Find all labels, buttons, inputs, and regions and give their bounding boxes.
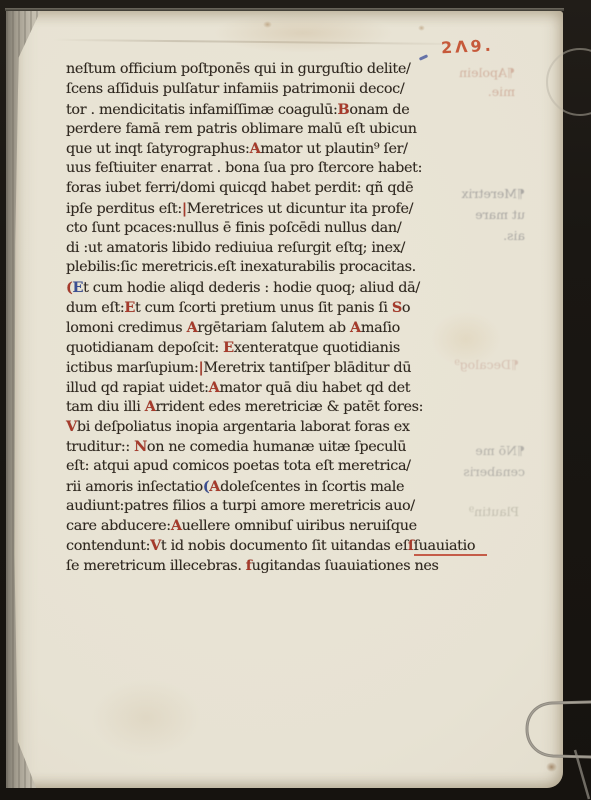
text-segment: rii amoris inſectatio <box>66 479 203 495</box>
text-segment: care abducere: <box>66 518 171 534</box>
text-line: que ut inqt ſatyrographus:Amator ut plau… <box>66 139 452 159</box>
text-segment: neſtum officium poſtponēs qui in gurguſt… <box>66 61 411 77</box>
wire-clip-leg-icon <box>575 750 589 799</box>
text-segment: mator quā diu habet qd det <box>219 380 410 396</box>
text-segment: ſuauiatio <box>414 538 488 556</box>
text-line: (Et cum hodie aliqd dederis : hodie quoq… <box>66 278 452 298</box>
stain-spot <box>546 762 557 772</box>
text-segment: xenteratque quotidianis <box>234 340 400 356</box>
text-segment: t cum ſcorti pretium unus ſit panis ſi <box>135 300 392 316</box>
text-line: rii amoris inſectatio(Adoleſcentes in ſc… <box>66 477 452 497</box>
text-segment: audiunt:patres filios a turpi amore mere… <box>66 498 415 514</box>
text-segment: E <box>124 299 135 316</box>
bleedthrough-note: ¶Nō mecenaberis <box>421 440 525 482</box>
text-line: perdere famā rem patris oblimare malū eſ… <box>66 120 452 140</box>
text-line: foras iubet ferri/domi quicqd habet perd… <box>66 179 452 199</box>
text-line: plebilis:ſic meretricis.eſt inexaturabil… <box>66 258 452 278</box>
text-segment: Meretrix tantiſper blāditur dū <box>203 360 411 376</box>
bleedthrough-line: Plautin⁹ <box>433 501 519 522</box>
text-line: eſt: atqui apud comicos poetas tota eſt … <box>66 457 452 477</box>
text-segment: B <box>338 101 350 118</box>
text-segment: foras iubet ferri/domi quicqd habet perd… <box>66 180 413 196</box>
text-segment: ugitandas ſuauiationes nes <box>252 558 439 574</box>
text-segment: plebilis:ſic meretricis.eſt inexaturabil… <box>66 259 416 275</box>
text-line: care abducere:Auellere omnibuſ uiribus n… <box>66 516 452 536</box>
text-segment: di :ut amatoris libido rediuiua reſurgit… <box>66 240 405 256</box>
bleedthrough-line: ¶Apolein <box>437 63 515 82</box>
text-segment: uus feſtiuiter enarrat . bona ſua pro ſt… <box>66 160 422 176</box>
text-line: quotidianam depoſcit: Exenteratque quoti… <box>66 338 452 358</box>
text-line: ipſe perditus eſt:|Meretrices ut dicuntu… <box>66 199 452 219</box>
text-segment: truditur:: <box>66 439 134 455</box>
text-segment: Meretrices ut dicuntur ita profe/ <box>187 201 413 217</box>
text-segment: ſcens aſſiduis pulſatur infamiis patrimo… <box>66 81 404 97</box>
text-line: dum eſt:Et cum ſcorti pretium unus ſit p… <box>66 298 452 318</box>
text-segment: onam de <box>349 102 409 118</box>
text-segment: A <box>145 398 156 415</box>
foxing-spot <box>418 25 425 31</box>
text-segment: lomoni credimus <box>66 320 187 336</box>
bleedthrough-line: ut mare <box>421 204 525 225</box>
stain <box>213 13 393 53</box>
text-segment: o <box>402 300 410 316</box>
paper-crease <box>53 39 473 45</box>
text-line: illud qd rapiat uidet:Amator quā diu hab… <box>66 378 452 398</box>
text-line: lomoni credimus Argētariam ſalutem ab Am… <box>66 318 452 338</box>
handwritten-folio-number: 2Λ9. <box>441 36 495 58</box>
book-page: 2Λ9. neſtum officium poſtponēs qui in gu… <box>13 11 563 788</box>
text-line: ictibus marſupium:|Meretrix tantiſper bl… <box>66 358 452 378</box>
text-line: di :ut amatoris libido rediuiua reſurgit… <box>66 239 452 259</box>
text-segment: S <box>392 299 402 316</box>
text-segment: eſt: atqui apud comicos poetas tota eſt … <box>66 458 411 474</box>
text-segment: ictibus marſupium: <box>66 360 198 376</box>
text-block: neſtum officium poſtponēs qui in gurguſt… <box>66 60 452 576</box>
text-segment: contendunt: <box>66 538 150 554</box>
text-segment: dum eſt: <box>66 300 124 316</box>
text-segment: rrident edes meretriciæ & patēt fores: <box>156 399 424 415</box>
text-segment: doleſcentes in ſcortis male <box>220 479 404 495</box>
bleedthrough-line: ¶Meretrix <box>421 183 525 204</box>
text-line: neſtum officium poſtponēs qui in gurguſt… <box>66 60 452 80</box>
text-line: ſcens aſſiduis pulſatur infamiis patrimo… <box>66 80 452 100</box>
text-segment: ſe meretricum illecebras. <box>66 558 246 574</box>
text-segment: V <box>66 418 77 435</box>
text-segment: t cum hodie aliqd dederis : hodie quoq; … <box>83 280 420 296</box>
text-segment: cto ſunt pcaces:nullus ē finis poſcēdi n… <box>66 220 401 236</box>
text-line: uus feſtiuiter enarrat . bona ſua pro ſt… <box>66 159 452 179</box>
text-segment: on ne comedia humanæ uitæ ſpeculū <box>147 439 406 455</box>
bleedthrough-line: mie. <box>437 82 515 101</box>
text-segment: A <box>250 140 261 157</box>
bleedthrough-note: ¶Decalog⁹ <box>423 354 519 375</box>
text-line: tor . mendicitatis infamiſſimæ coagulū:B… <box>66 100 452 120</box>
text-segment: A <box>350 319 361 336</box>
bleedthrough-note: Plautin⁹ <box>433 501 519 522</box>
text-segment: tam diu illi <box>66 399 145 415</box>
bleedthrough-line: ¶Nō me <box>421 440 525 461</box>
text-segment: que ut inqt ſatyrographus: <box>66 141 250 157</box>
text-segment: maſio <box>361 320 400 336</box>
text-segment: mator ut plautin⁹ ſer/ <box>260 141 407 157</box>
text-segment: uellere omnibuſ uiribus neruiſque <box>182 518 417 534</box>
foxing-spot <box>263 21 272 28</box>
text-segment: bi deſpoliatus inopia argentaria laborat… <box>77 419 410 435</box>
text-segment: illud qd rapiat uidet: <box>66 380 209 396</box>
text-segment: A <box>171 517 182 534</box>
bleedthrough-line: cenaberis <box>421 461 525 482</box>
text-segment: ipſe perditus eſt: <box>66 201 182 217</box>
text-line: contendunt:Vt id nobis documento ſit uit… <box>66 536 452 556</box>
bleedthrough-line: ¶Decalog⁹ <box>423 354 519 375</box>
photo-canvas: { "page": { "folio_number": "2Λ9.", "des… <box>0 0 591 800</box>
text-segment: A <box>187 319 198 336</box>
stain <box>91 679 201 757</box>
text-line: ſe meretricum illecebras. fugitandas ſua… <box>66 556 452 576</box>
text-segment: ſ <box>408 537 414 554</box>
text-segment: N <box>134 438 147 455</box>
text-line: Vbi deſpoliatus inopia argentaria labora… <box>66 417 452 437</box>
text-segment: tor . mendicitatis infamiſſimæ coagulū: <box>66 102 338 118</box>
bleedthrough-line: ais. <box>421 225 525 246</box>
text-segment: E <box>223 339 234 356</box>
text-segment: A <box>209 478 220 495</box>
bleedthrough-note: ¶Meretrixut mareais. <box>421 183 525 246</box>
bleedthrough-note: ¶Apoleinmie. <box>437 63 515 101</box>
text-segment: E <box>72 279 83 296</box>
text-segment: V <box>150 537 161 554</box>
text-line: audiunt:patres filios a turpi amore mere… <box>66 497 452 517</box>
text-segment: rgētariam ſalutem ab <box>197 320 350 336</box>
text-segment: quotidianam depoſcit: <box>66 340 223 356</box>
text-line: tam diu illi Arrident edes meretriciæ & … <box>66 397 452 417</box>
text-segment: perdere famā rem patris oblimare malū eſ… <box>66 121 417 137</box>
text-line: truditur:: Non ne comedia humanæ uitæ ſp… <box>66 437 452 457</box>
text-segment: A <box>209 379 220 396</box>
text-line: cto ſunt pcaces:nullus ē finis poſcēdi n… <box>66 219 452 239</box>
text-segment: t id nobis documento ſit uitandas eſ <box>161 538 408 554</box>
